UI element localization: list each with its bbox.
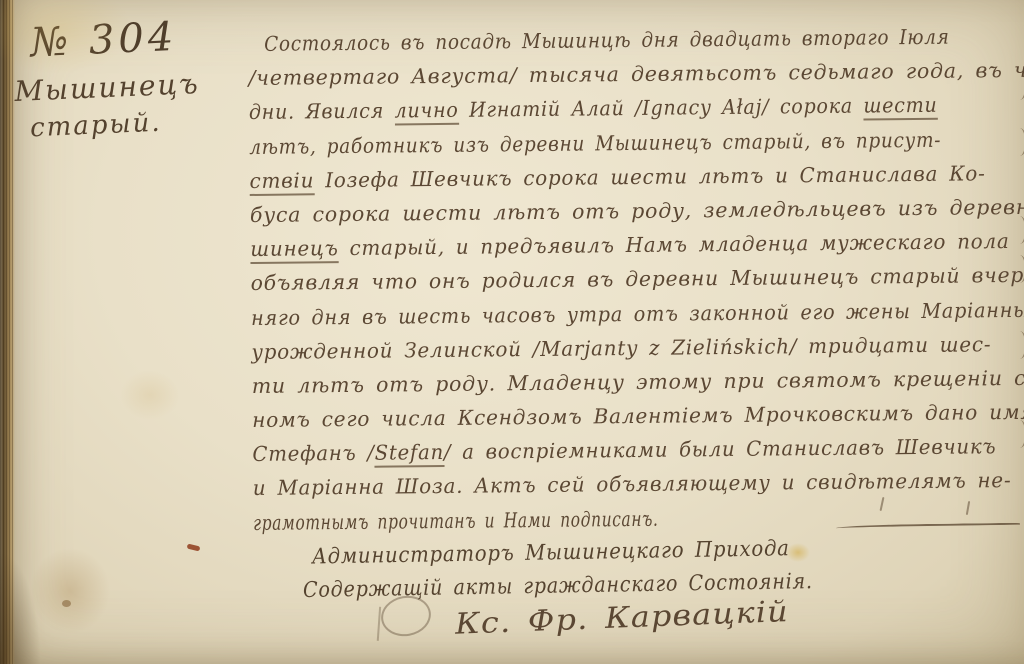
record-text-block: Состоялось въ посадѣ Мышинцѣ дня двадцат… — [248, 19, 1024, 540]
underlined-word: шести — [863, 93, 937, 121]
record-place-name: Мышинецъ — [14, 65, 245, 108]
page-edge-mark — [1015, 128, 1024, 156]
closing-line-registrar: Содержащій акты гражданскаго Состоянія. — [303, 568, 875, 603]
page-edge-mark — [1015, 420, 1024, 448]
underlined-word: лично — [394, 98, 458, 126]
page-edge-mark — [1015, 331, 1024, 359]
page-edge-mark — [1015, 72, 1024, 100]
record-text-line: и Маріанна Шоза. Актъ сей объявляющему и… — [253, 464, 1002, 506]
closing-line-administrator: Администраторъ Мышинецкаго Прихода — [312, 535, 834, 569]
paper-speck — [62, 600, 71, 607]
underlined-word: Stefan — [375, 440, 445, 468]
record-place-name-2: старый. — [15, 104, 246, 144]
margin-annotation: № 304 Мышинецъ старый. — [11, 11, 246, 144]
closing-line-text: Администраторъ Мышинецкаго Прихода — [312, 536, 790, 569]
underlined-word: ствіи — [249, 168, 314, 196]
red-ink-speck — [187, 544, 201, 552]
signature-text: Кс. Фр. Карвацкій — [454, 594, 789, 641]
record-text-line: грамотнымъ прочитанъ и Нами подписанъ. — [253, 499, 836, 539]
page-edge-mark — [1015, 255, 1024, 283]
register-page: № 304 Мышинецъ старый. Состоялось въ пос… — [0, 0, 1024, 664]
page-edge-mark — [1015, 216, 1024, 244]
record-number: № 304 — [11, 11, 243, 67]
paper-stain — [30, 548, 110, 634]
underlined-word: шинецъ — [250, 236, 339, 264]
paper-stain — [120, 370, 180, 420]
priest-signature: Кс. Фр. Карвацкій — [454, 595, 758, 641]
book-binding-corner-shadow — [0, 554, 40, 664]
